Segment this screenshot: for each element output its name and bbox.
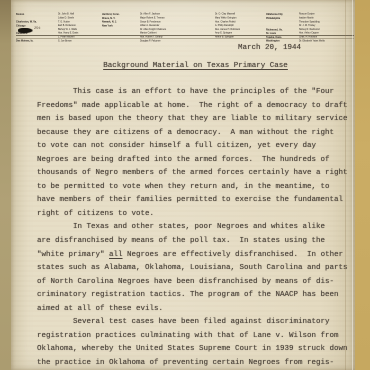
ink-stamp-mark <box>18 28 32 33</box>
body-line: states such as Alabama, Oklahoma, Louisi… <box>37 262 355 276</box>
body-line: This case is an effort to have the princ… <box>37 86 355 100</box>
body-line: registration practices culminating with … <box>37 330 355 344</box>
body-line: right of citizens to vote. <box>37 208 355 222</box>
body-line: criminatory registration tactics. The pr… <box>37 289 355 303</box>
paper-fold-line <box>345 0 346 370</box>
body-line: to be permitted to vote when they return… <box>37 181 355 195</box>
letterhead-line: Douglas P. Falconer <box>140 39 166 43</box>
letterhead-divider-rule <box>16 35 354 39</box>
body-line: Several test cases have been filed again… <box>37 316 355 330</box>
body-line: thousands of Negro members of the armed … <box>37 167 355 181</box>
body-line: because they are citizens of a democracy… <box>37 127 355 141</box>
body-line: Oklahoma, whereby the United States Supr… <box>37 343 355 357</box>
scanned-document: BostonCharleston, W. Va.ChicagoCleveland… <box>0 0 370 370</box>
letterhead-line: Des Moines, Ia. <box>16 39 37 43</box>
paper-fold-highlight <box>352 0 353 370</box>
body-line: Freedoms" made applicable at home. The r… <box>37 100 355 114</box>
stamp-price-label: 25¢ <box>34 26 40 30</box>
letterhead-cities-column-2: Hartford, Conn.Ithaca, N. Y.Newark, N. J… <box>102 1 120 28</box>
letterhead-line: Washington <box>266 39 283 43</box>
body-line: aimed at all of these evils. <box>37 303 355 317</box>
document-body: This case is an effort to have the princ… <box>37 86 355 370</box>
body-line: have members of their families permitted… <box>37 194 355 208</box>
letterhead-line: New York <box>102 24 120 28</box>
document-title: Background Material on Texas Primary Cas… <box>37 62 354 70</box>
letterhead-names-column-3: Dr. O. Clay MaxwellMary White OvingtonHo… <box>215 1 240 39</box>
letterhead: BostonCharleston, W. Va.ChicagoCleveland… <box>11 1 355 39</box>
body-line: men is based upon the theory that they a… <box>37 113 355 127</box>
body-line: the practice in Oklahoma of preventing c… <box>37 357 355 370</box>
body-line: of North Carolina Negroes have been disf… <box>37 276 355 290</box>
body-line: "white primary" all Negroes are effectiv… <box>37 249 355 263</box>
scan-backdrop-right <box>354 0 370 370</box>
body-line: to vote can not consider himself a full … <box>37 140 355 154</box>
paper-sheet: BostonCharleston, W. Va.ChicagoCleveland… <box>11 0 355 370</box>
letterhead-line: S. Joe Brown <box>58 39 78 43</box>
document-title-text: Background Material on Texas Primary Cas… <box>103 62 288 70</box>
body-line: are disfranchised by means of the poll t… <box>37 235 355 249</box>
letterhead-line: Dr. Elizabeth Yates Webb <box>299 39 325 43</box>
document-date: March 20, 1944 <box>238 44 301 52</box>
body-line: In Texas and other states, poor Negroes … <box>37 221 355 235</box>
body-line: Negroes are being drafted into the armed… <box>37 154 355 168</box>
